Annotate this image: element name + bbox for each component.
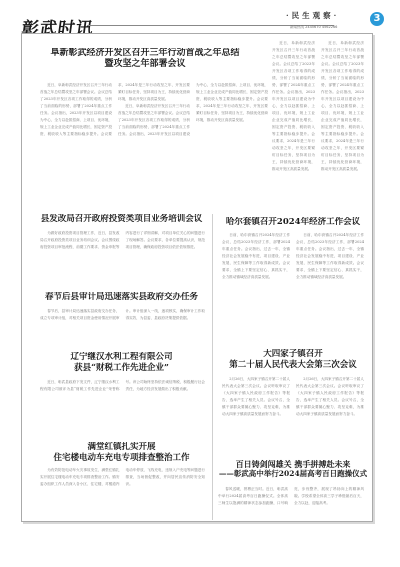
article-headline-sub: 第二十届人民代表大会第三次会议 <box>218 360 368 371</box>
article-water-body: 近日，彰武县政府下发文件，辽宁继汉水利工程有限公司被评为县“财税工作先进企业”荣… <box>40 379 205 435</box>
article-training-body: 为做好政府投资项目管理工作，近日，县发改局召开政府投资类项目业务培训会议。会议围… <box>40 230 205 286</box>
article-exam: 百日铸剑闯雄关 携手拼搏赴未来 ——彰武高中举行2024届高考百日跑操仪式 <box>218 459 368 478</box>
article-audit-body: 春节后，县审计局迅速落实县政府交办任务，成立专项审计组，对相关项目资金使用情况开… <box>40 308 205 344</box>
article-headline: 哈尔套镇召开2024年经济工作会议 <box>218 217 368 228</box>
article-training: 县发改局召开政府投资类项目业务培训会议 <box>34 214 209 225</box>
article-body: 2月26日，大四家子镇召开第二十届人民代表大会第三次会议。会议听取审议了《大四家… <box>222 376 290 418</box>
article-lead-body-right: 近日，阜新彰武经济开发区召开三年行动首战之年总结暨攻坚之年部署会议。会议总结了2… <box>272 40 364 210</box>
article-body: 近日，阜新彰武经济开发区召开三年行动首战之年总结暨攻坚之年部署会议。会议总结了2… <box>321 40 364 173</box>
article-body: 日前，哈尔套镇召开2024年经济工作会议，总结2023年经济工作，部署2024年… <box>296 232 364 281</box>
article-water: 辽宁继汉水利工程有限公司 获县“财税工作先进企业” <box>34 352 209 373</box>
article-body: 日前，哈尔套镇召开2024年经济工作会议，总结2023年经济工作，部署2024年… <box>222 232 290 281</box>
article-headline-sub: 获县“财税工作先进企业” <box>34 363 209 374</box>
article-audit: 春节后县审计局迅速落实县政府交办任务 <box>34 292 209 303</box>
article-congress-body: 2月26日，大四家子镇召开第二十届人民代表大会第三次会议。会议听取审议了《大四家… <box>222 376 364 456</box>
article-body: 春节后，县审计局迅速落实县政府交办任务，成立专项审计组，对相关项目资金使用情况开… <box>40 308 205 322</box>
article-charging-body: 为有效防范电动车火灾事故发生，满堂红镇扎实开展住宅楼电动车充电专项排查整治工作。… <box>40 467 205 519</box>
article-economy-body: 日前，哈尔套镇召开2024年经济工作会议，总结2023年经济工作，部署2024年… <box>222 232 364 342</box>
article-headline-sub: 住宅楼电动车充电专项排查整治工作 <box>34 453 209 464</box>
page-number-badge: 3 <box>370 12 384 26</box>
article-headline: 春节后县审计局迅速落实县政府交办任务 <box>34 292 209 303</box>
article-congress: 大四家子镇召开 第二十届人民代表大会第三次会议 <box>218 349 368 370</box>
article-body: 春风送暖，拼搏正当时。近日，彰武高中举行2024届高考百日跑操仪式。全体高三师生… <box>218 486 364 507</box>
article-body: 为有效防范电动车火灾事故发生，满堂红镇扎实开展住宅楼电动车充电专项排查整治工作。… <box>40 467 205 488</box>
article-headline: 满堂红镇扎实开展 <box>34 442 209 453</box>
article-lead-body: 近日，阜新彰武经济开发区召开三年行动首战之年总结暨攻坚之年部署会议。会议总结了2… <box>40 82 268 210</box>
article-body: 为做好政府投资项目管理工作，近日，县发改局召开政府投资类项目业务培训会议。会议围… <box>40 230 205 251</box>
article-headline: 阜新彰武经济开发区召开三年行动首战之年总结 <box>50 48 240 59</box>
article-headline: 大四家子镇召开 <box>218 349 368 360</box>
section-title: ·民生观察· <box>286 10 339 21</box>
article-headline-sub: ——彰武高中举行2024届高考百日跑操仪式 <box>218 469 368 478</box>
article-headline-sub: 暨攻坚之年部署会议 <box>50 59 240 70</box>
article-headline: 百日铸剑闯雄关 携手拼搏赴未来 <box>218 459 368 469</box>
issue-info: 新闻热线 2445670 4562266 <box>290 25 337 30</box>
article-body: 近日，彰武县政府下发文件，辽宁继汉水利工程有限公司被评为县“财税工作先进企业”荣… <box>40 379 205 393</box>
article-headline: 辽宁继汉水利工程有限公司 <box>34 352 209 363</box>
column-divider <box>212 214 213 520</box>
article-economy: 哈尔套镇召开2024年经济工作会议 <box>218 217 368 228</box>
article-body: 近日，阜新彰武经济开发区召开三年行动首战之年总结暨攻坚之年部署会议。会议总结了2… <box>272 40 315 173</box>
article-body: 2月26日，大四家子镇召开第二十届人民代表大会第三次会议。会议听取审议了《大四家… <box>296 376 364 418</box>
page-frame: 阜新彰武经济开发区召开三年行动首战之年总结 暨攻坚之年部署会议 近日，阜新彰武经… <box>21 33 373 522</box>
article-lead: 阜新彰武经济开发区召开三年行动首战之年总结 暨攻坚之年部署会议 <box>50 48 240 78</box>
article-charging: 满堂红镇扎实开展 住宅楼电动车充电专项排查整治工作 <box>34 442 209 463</box>
article-headline: 县发改局召开政府投资类项目业务培训会议 <box>34 214 209 225</box>
article-exam-body: 春风送暖，拼搏正当时。近日，彰武高中举行2024届高考百日跑操仪式。全体高三师生… <box>218 486 364 520</box>
